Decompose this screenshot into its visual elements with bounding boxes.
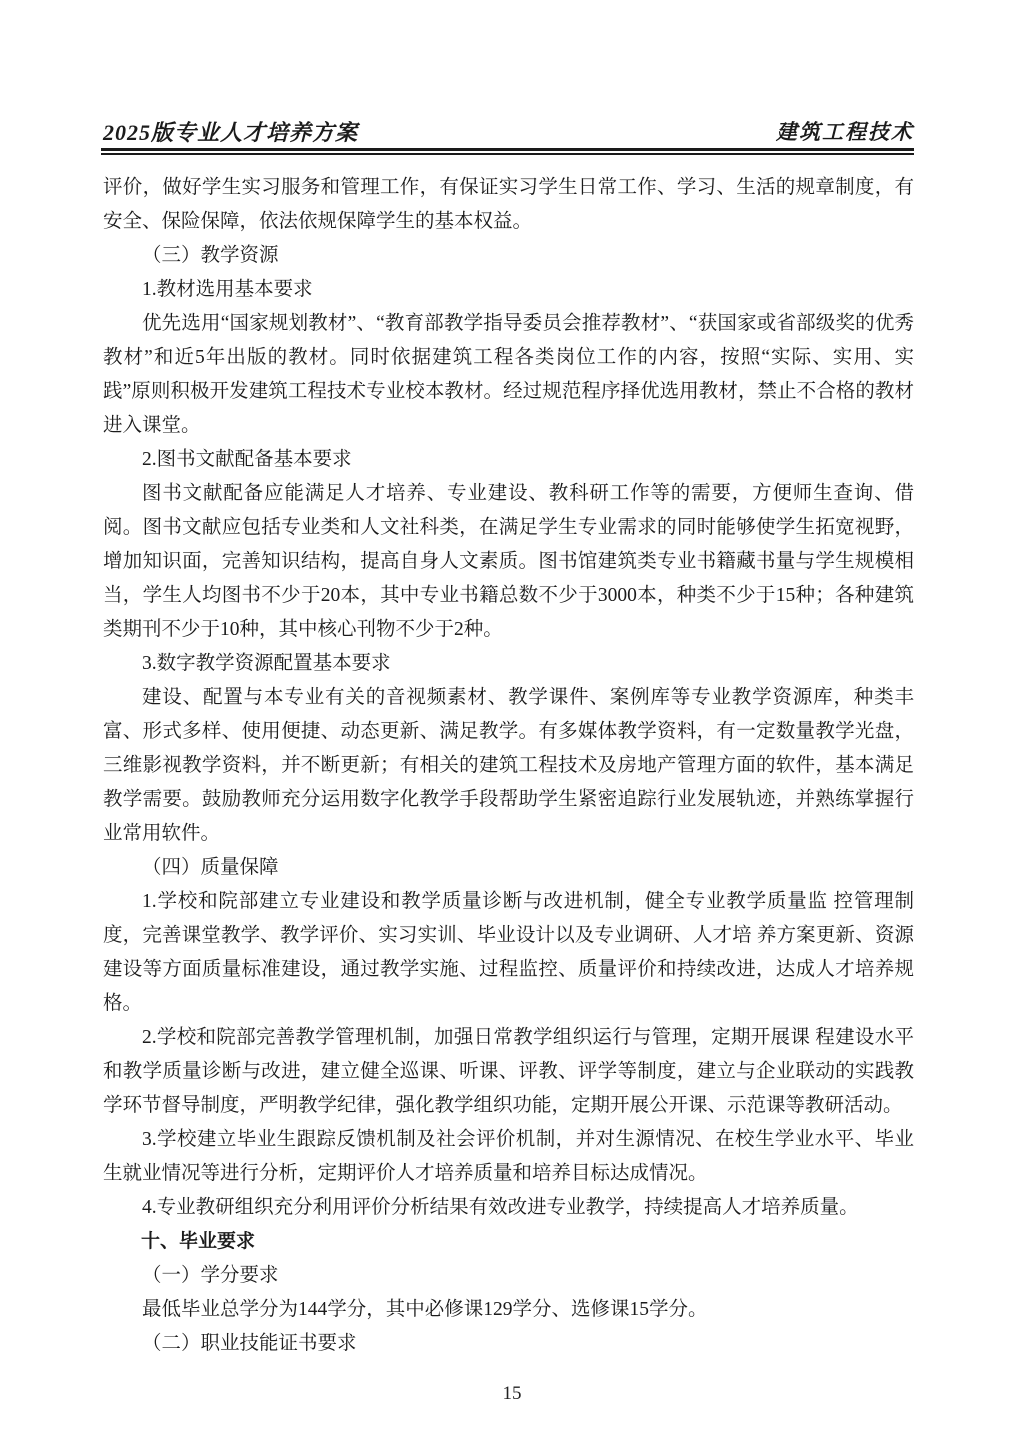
page-header: 2025版专业人才培养方案 建筑工程技术 [101,116,914,146]
sub-heading: 1.教材选用基本要求 [103,273,914,307]
chapter-heading: 十、毕业要求 [103,1225,914,1259]
sub-heading: 3.数字教学资源配置基本要求 [103,647,914,681]
rule-line-thick [101,148,914,151]
paragraph: 4.专业教研组织充分利用评价分析结果有效改进专业教学，持续提高人才培养质量。 [103,1191,914,1225]
paragraph: 最低毕业总学分为144学分，其中必修课129学分、选修课15学分。 [103,1293,914,1327]
paragraph: 3.学校建立毕业生跟踪反馈机制及社会评价机制，并对生源情况、在校生学业水平、毕业… [103,1123,914,1191]
document-page: 2025版专业人才培养方案 建筑工程技术 评价，做好学生实习服务和管理工作，有保… [0,0,1024,1448]
header-left-title: 2025版专业人才培养方案 [103,116,358,147]
paragraph: 1.学校和院部建立专业建设和教学质量诊断与改进机制，健全专业教学质量监 控管理制… [103,885,914,1021]
page-number: 15 [503,1383,522,1404]
header-right-title: 建筑工程技术 [776,116,914,146]
rule-line-thin [101,153,914,155]
section-heading: （三）教学资源 [103,239,914,273]
paragraph: 图书文献配备应能满足人才培养、专业建设、教科研工作等的需要，方便师生查询、借阅。… [103,477,914,647]
page-footer: 15 [0,1383,1024,1405]
paragraph: 建设、配置与本专业有关的音视频素材、教学课件、案例库等专业教学资源库，种类丰富、… [103,681,914,851]
section-heading: （二）职业技能证书要求 [103,1327,914,1361]
paragraph-continuation: 评价，做好学生实习服务和管理工作，有保证实习学生日常工作、学习、生活的规章制度，… [103,171,914,239]
section-heading: （四）质量保障 [103,851,914,885]
paragraph: 优先选用“国家规划教材”、“教育部教学指导委员会推荐教材”、“获国家或省部级奖的… [103,307,914,443]
header-double-rule [101,148,914,155]
sub-heading: 2.图书文献配备基本要求 [103,443,914,477]
paragraph: 2.学校和院部完善教学管理机制，加强日常教学组织运行与管理，定期开展课 程建设水… [103,1021,914,1123]
document-body: 评价，做好学生实习服务和管理工作，有保证实习学生日常工作、学习、生活的规章制度，… [103,171,914,1361]
section-heading: （一）学分要求 [103,1259,914,1293]
